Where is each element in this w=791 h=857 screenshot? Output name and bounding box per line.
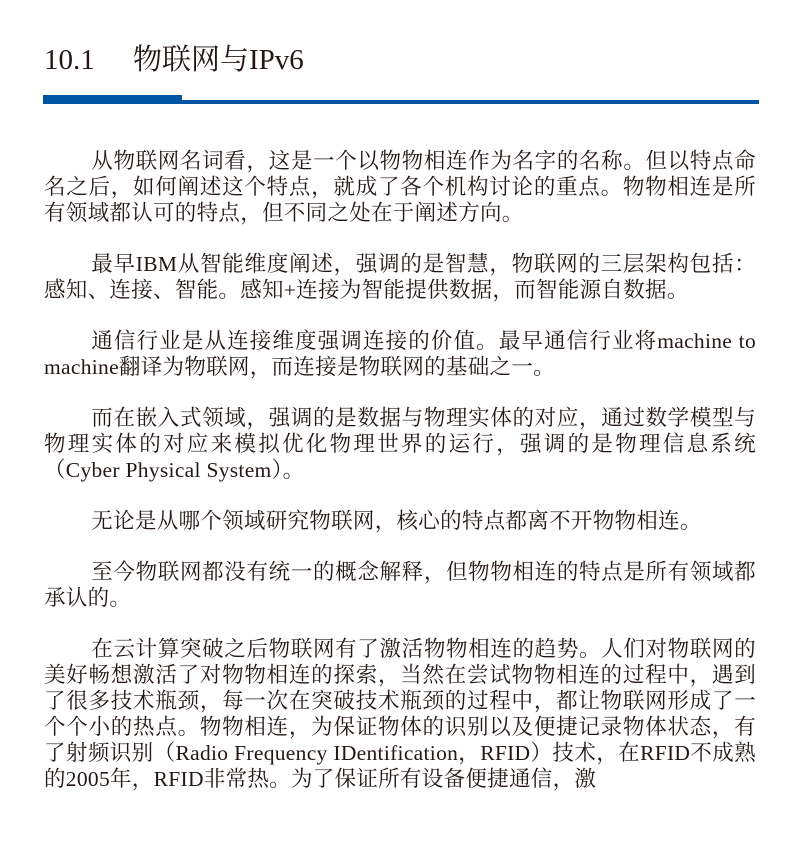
section-title: 物联网与IPv6: [133, 44, 304, 76]
paragraph: 从物联网名词看，这是一个以物物相连作为名字的名称。但以特点命名之后，如何阐述这个…: [44, 148, 756, 226]
paragraph: 至今物联网都没有统一的概念解释，但物物相连的特点是所有领域都承认的。: [44, 559, 756, 611]
body-text: 从物联网名词看，这是一个以物物相连作为名字的名称。但以特点命名之后，如何阐述这个…: [44, 148, 756, 817]
heading-underline-accent: [43, 95, 182, 104]
section-number: 10.1: [44, 40, 133, 80]
paragraph: 而在嵌入式领域，强调的是数据与物理实体的对应，通过数学模型与物理实体的对应来模拟…: [44, 405, 756, 483]
paragraph: 最早IBM从智能维度阐述，强调的是智慧，物联网的三层架构包括：感知、连接、智能。…: [44, 251, 756, 303]
paragraph: 通信行业是从连接维度强调连接的价值。最早通信行业将machine to mach…: [44, 328, 756, 380]
section-heading: 10.1物联网与IPv6: [44, 40, 304, 80]
paragraph: 无论是从哪个领域研究物联网，核心的特点都离不开物物相连。: [44, 508, 756, 534]
paragraph: 在云计算突破之后物联网有了激活物物相连的趋势。人们对物联网的美好畅想激活了对物物…: [44, 636, 756, 792]
